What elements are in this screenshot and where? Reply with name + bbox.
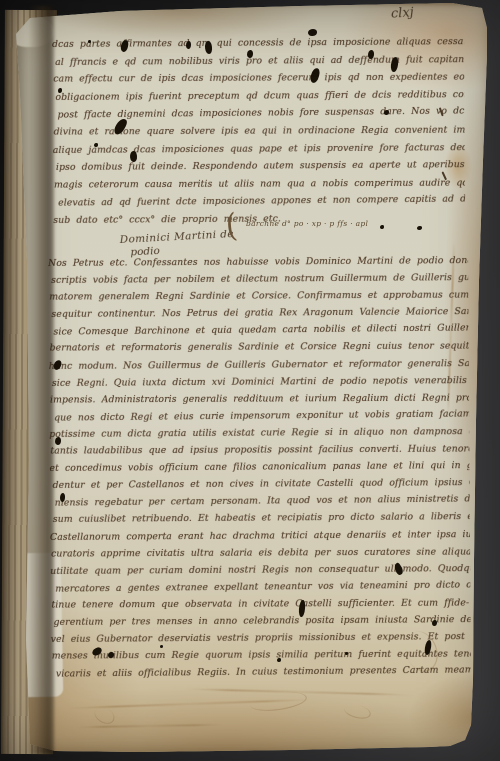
show-through-mark [249, 689, 308, 714]
text-line: sice Regni. Quia iuxta dictum xvi Domini… [52, 372, 469, 392]
ink-blot [417, 226, 422, 230]
main-paragraph: Nos Petrus etc. Confessantes nos habuiss… [48, 252, 471, 682]
show-through-mark [343, 702, 372, 721]
ink-blot [108, 652, 114, 658]
ink-blot [94, 143, 98, 147]
ink-blot [160, 645, 163, 648]
text-line: ipso domibus fuit deinde. Respondendo au… [56, 156, 465, 176]
text-line: Castellanorum comperta erant hac drachma… [50, 526, 470, 546]
text-line: vicariis et aliis officialibus Regiis. I… [56, 662, 471, 683]
ink-blot [345, 652, 348, 655]
ink-blot [186, 41, 191, 49]
ink-blot [308, 29, 317, 36]
ink-blot [432, 620, 437, 626]
ink-blot [277, 658, 281, 662]
ink-blot [247, 50, 253, 58]
ink-blot [368, 50, 374, 59]
gutter-shadow [28, 6, 54, 754]
ink-blot [380, 225, 384, 229]
manuscript-page: clxj dcas partes affirmantes ad qm qui c… [14, 3, 490, 755]
heading-margin-note: barchne d° po · xp · p ffs · apl [246, 219, 396, 228]
ink-blot [58, 88, 62, 93]
ink-blot [88, 40, 91, 43]
folio-number: clxj [391, 6, 415, 22]
crease-line [74, 724, 224, 729]
ink-blot [55, 437, 61, 445]
photo-backdrop: clxj dcas partes affirmantes ad qm qui c… [0, 0, 500, 761]
ink-blot [384, 110, 389, 115]
ink-blot [60, 493, 65, 502]
